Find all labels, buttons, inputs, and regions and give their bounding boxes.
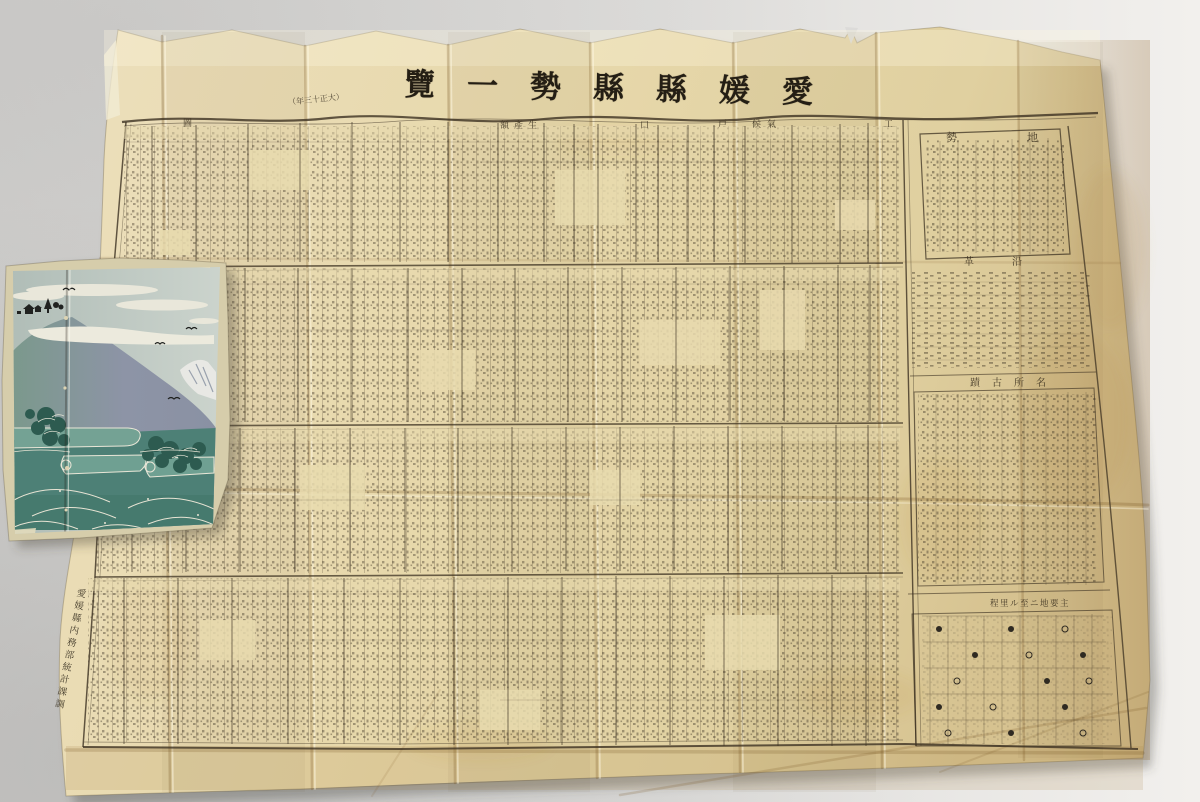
side-header-famous-sites: 蹟古所名: [970, 379, 1058, 389]
side-header-topography: 勢地: [946, 132, 1108, 143]
section-header-population: 口: [640, 122, 649, 131]
booklet-cover: [2, 258, 230, 541]
section-header-map: 圖: [183, 120, 192, 129]
section-header-industry: 工: [884, 121, 893, 130]
section-header-production: 額產生: [500, 122, 542, 131]
cover-art: [10, 259, 224, 540]
section-header-households: 戸: [718, 121, 727, 130]
side-header-history: 革沿: [964, 258, 1060, 268]
dense-text-texture: [88, 126, 1112, 744]
scene-art: [0, 0, 1200, 802]
section-header-climate: 候氣: [752, 121, 782, 130]
table-grid: [83, 113, 1138, 749]
photo-scene: 覽一勢縣縣媛愛 （年三十正大） 愛媛縣内務部統計課調 工 候氣 戸 口 額產生 …: [0, 0, 1200, 802]
document-title: 覽一勢縣縣媛愛: [404, 70, 846, 109]
side-header-distances: 程里ル至ニ地要主: [990, 600, 1070, 609]
